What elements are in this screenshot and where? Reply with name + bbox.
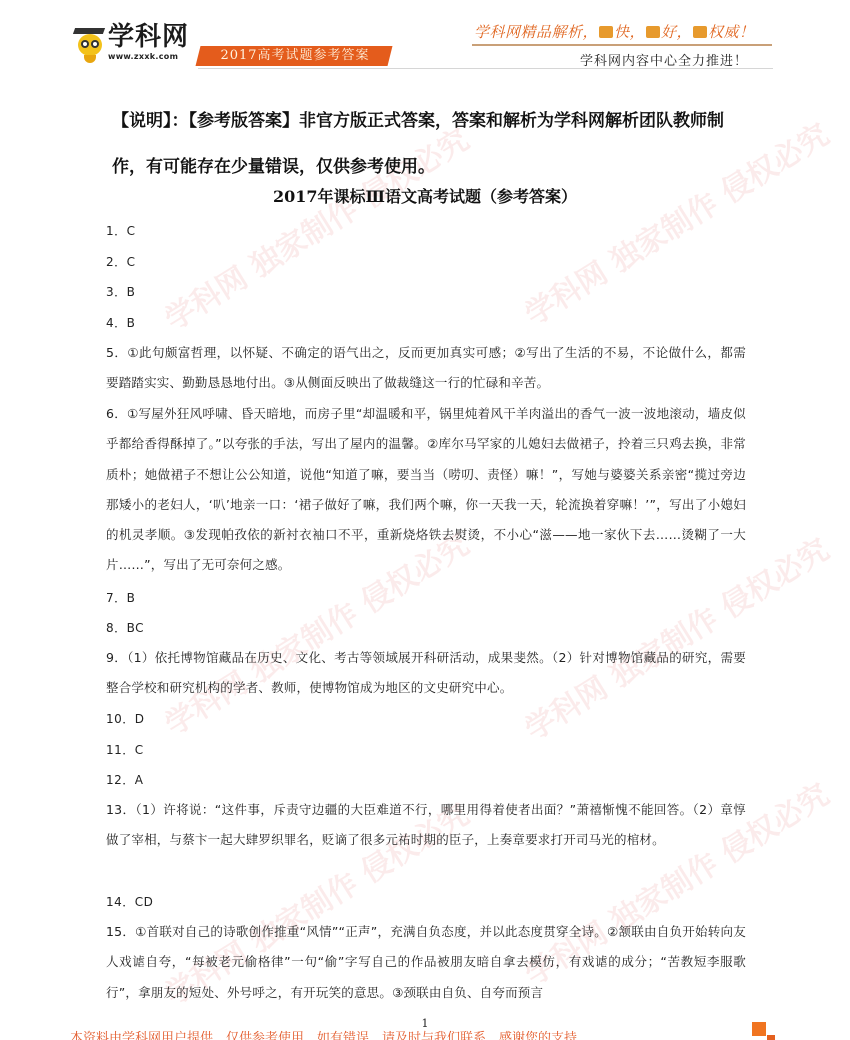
logo-text: 学科网 <box>108 22 189 52</box>
subslogan: 学科网内容中心全力推进！ <box>580 50 748 69</box>
answer-13: 13．（1）许将说：“这件事，斥责守边疆的大臣难道不行，哪里用得着使者出面？”萧… <box>106 795 746 856</box>
slogan-part-2: 快， <box>614 23 645 41</box>
slogan-underline <box>472 44 772 46</box>
footer-decoration <box>767 1035 775 1040</box>
answer-6: 6．①写屋外狂风呼啸、昏天暗地，而房子里“却温暖和平，锅里炖着风干羊肉溢出的香气… <box>106 399 746 581</box>
answer-1: 1．C <box>106 222 136 239</box>
banner-text: 2017高考试题参考答案 <box>205 47 385 65</box>
answer-5: 5．①此句颇富哲理，以怀疑、不确定的语气出之，反而更加真实可感；②写出了生活的不… <box>106 338 746 399</box>
slogan: 学科网精品解析，快，好，权威！ <box>474 20 774 44</box>
disclaimer-note: 【说明】：【参考版答案】非官方版正式答案，答案和解析为学科网解析团队教师制作，有… <box>112 98 752 190</box>
slogan-part-4: 权威！ <box>708 23 755 41</box>
document-title: 2017年课标Ⅲ语文高考试题（参考答案） <box>0 184 850 207</box>
page-number: 1 <box>0 1017 850 1030</box>
answer-11: 11．C <box>106 741 144 758</box>
answer-10: 10．D <box>106 710 145 727</box>
answer-2: 2．C <box>106 253 136 270</box>
footer-notice: 本资料由学科网用户提供，仅供参考使用，如有错误，请及时与我们联系，感谢您的支持 <box>70 1030 690 1040</box>
answer-12: 12．A <box>106 771 143 788</box>
answer-3: 3．B <box>106 283 135 300</box>
zxxk-logo[interactable]: 学科网 www.zxxk.com <box>76 22 196 68</box>
thumbs-up-icon <box>646 26 660 38</box>
slogan-part-3: 好， <box>661 23 692 41</box>
answer-8: 8．BC <box>106 619 144 636</box>
answer-15: 15．①首联对自己的诗歌创作推重“风情”“正声”，充满自负态度，并以此态度贯穿全… <box>106 917 746 1008</box>
thumbs-up-icon <box>693 26 707 38</box>
logo-url: www.zxxk.com <box>108 52 178 61</box>
footer-decoration <box>752 1022 766 1036</box>
slogan-part-1: 学科网精品解析， <box>474 23 598 41</box>
answer-14: 14．CD <box>106 893 153 910</box>
page-header: 学科网 www.zxxk.com 2017高考试题参考答案 学科网精品解析，快，… <box>0 0 850 80</box>
answer-7: 7．B <box>106 589 135 606</box>
mascot-icon <box>76 28 106 62</box>
thumbs-up-icon <box>599 26 613 38</box>
answer-4: 4．B <box>106 314 135 331</box>
answer-9: 9．（1）依托博物馆藏品在历史、文化、考古等领域展开科研活动，成果斐然。（2）针… <box>106 643 746 704</box>
